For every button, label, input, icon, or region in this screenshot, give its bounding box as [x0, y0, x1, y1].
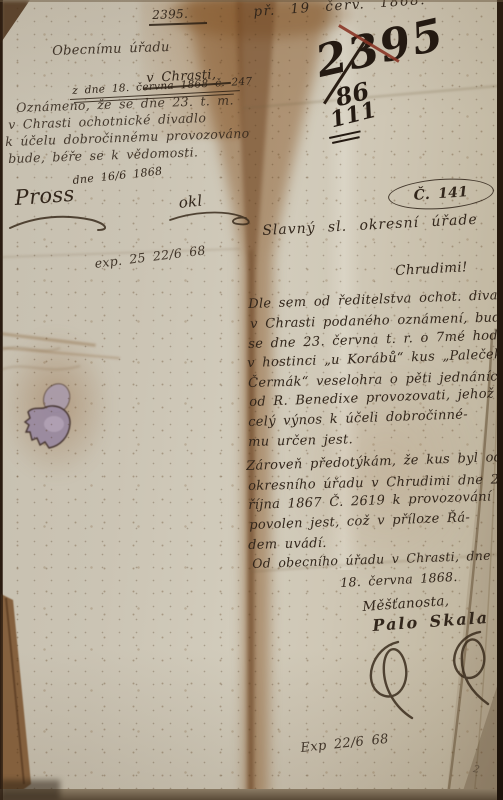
docket-number: 2395.: [152, 8, 188, 21]
signature-flourish: [352, 630, 492, 730]
wax-seal-remnant: [24, 380, 86, 460]
file-number: Č. 141: [413, 185, 469, 203]
manuscript-photo: 2395. Obecnímu úřadu v Chrasti, z dne 18…: [0, 0, 503, 800]
body-line: dem uvádí.: [248, 537, 327, 552]
addressee-line: Obecnímu úřadu: [52, 41, 170, 58]
left-bottom-fold: [0, 588, 34, 800]
left-signature-flourish: [6, 212, 116, 234]
left-signature: Pross: [14, 184, 75, 209]
clerk-initials-flourish: [168, 208, 254, 228]
body-line: mu určen jest.: [248, 433, 353, 449]
corner-mark: 2: [472, 765, 480, 776]
